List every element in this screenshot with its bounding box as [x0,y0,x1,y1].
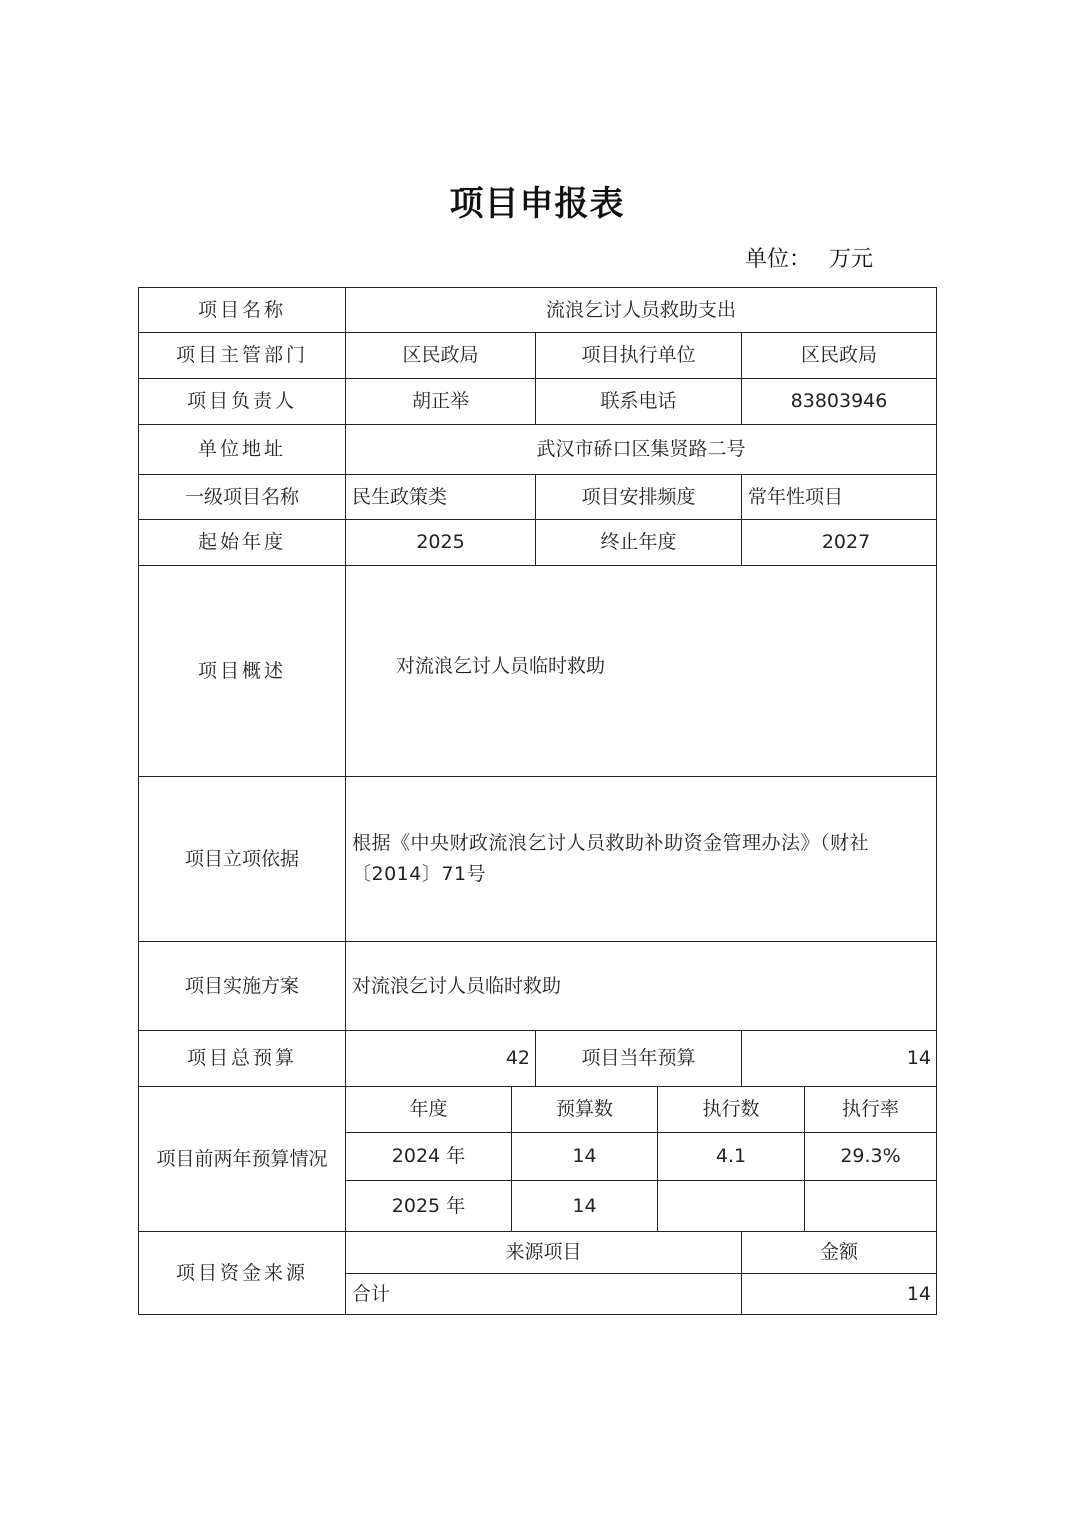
total-budget-value: 42 [345,1030,536,1087]
phone-value: 83803946 [741,378,937,425]
total-budget-label: 项目总预算 [138,1030,346,1087]
project-name-value: 流浪乞讨人员救助支出 [345,287,937,333]
history-label: 项目前两年预算情况 [138,1086,346,1232]
plan-label: 项目实施方案 [138,941,346,1031]
history-row-1-rate: 29.3% [804,1132,937,1181]
history-row-2-budget: 14 [511,1180,658,1232]
history-row-2-executed [657,1180,805,1232]
unit-label: 单位：万元 [745,242,873,273]
leader-value: 胡正举 [345,378,536,425]
history-header-year: 年度 [345,1086,512,1133]
history-row-1-year: 2024 年 [345,1132,512,1181]
funding-header-source: 来源项目 [345,1231,742,1274]
leader-label: 项目负责人 [138,378,346,425]
unit-label-text: 单位： [745,247,811,272]
current-budget-label: 项目当年预算 [535,1030,742,1087]
history-row-1-budget: 14 [511,1132,658,1181]
category-value: 民生政策类 [345,474,536,520]
frequency-value: 常年性项目 [741,474,937,520]
unit-value: 万元 [829,247,873,272]
dept-value: 区民政局 [345,332,536,379]
dept-label: 项目主管部门 [138,332,346,379]
basis-label: 项目立项依据 [138,776,346,942]
funding-header-amount: 金额 [741,1231,937,1274]
history-header-budget: 预算数 [511,1086,658,1133]
page-title: 项目申报表 [0,176,1074,225]
plan-value: 对流浪乞讨人员临时救助 [345,941,937,1031]
address-value: 武汉市硚口区集贤路二号 [345,424,937,475]
overview-label: 项目概述 [138,565,346,777]
current-budget-value: 14 [741,1030,937,1087]
exec-unit-value: 区民政局 [741,332,937,379]
history-header-rate: 执行率 [804,1086,937,1133]
funding-total-value: 14 [741,1273,937,1315]
address-label: 单位地址 [138,424,346,475]
history-row-2-rate [804,1180,937,1232]
end-year-label: 终止年度 [535,519,742,566]
frequency-label: 项目安排频度 [535,474,742,520]
category-label: 一级项目名称 [138,474,346,520]
phone-label: 联系电话 [535,378,742,425]
basis-value: 根据《中央财政流浪乞讨人员救助补助资金管理办法》（财社〔2014〕71号 [345,776,937,942]
overview-value: 对流浪乞讨人员临时救助 [345,565,937,777]
funding-total-label: 合计 [345,1273,742,1315]
start-year-value: 2025 [345,519,536,566]
project-name-label: 项目名称 [138,287,346,333]
history-row-1-executed: 4.1 [657,1132,805,1181]
end-year-value: 2027 [741,519,937,566]
start-year-label: 起始年度 [138,519,346,566]
history-row-2-year: 2025 年 [345,1180,512,1232]
history-header-executed: 执行数 [657,1086,805,1133]
exec-unit-label: 项目执行单位 [535,332,742,379]
funding-label: 项目资金来源 [138,1231,346,1315]
